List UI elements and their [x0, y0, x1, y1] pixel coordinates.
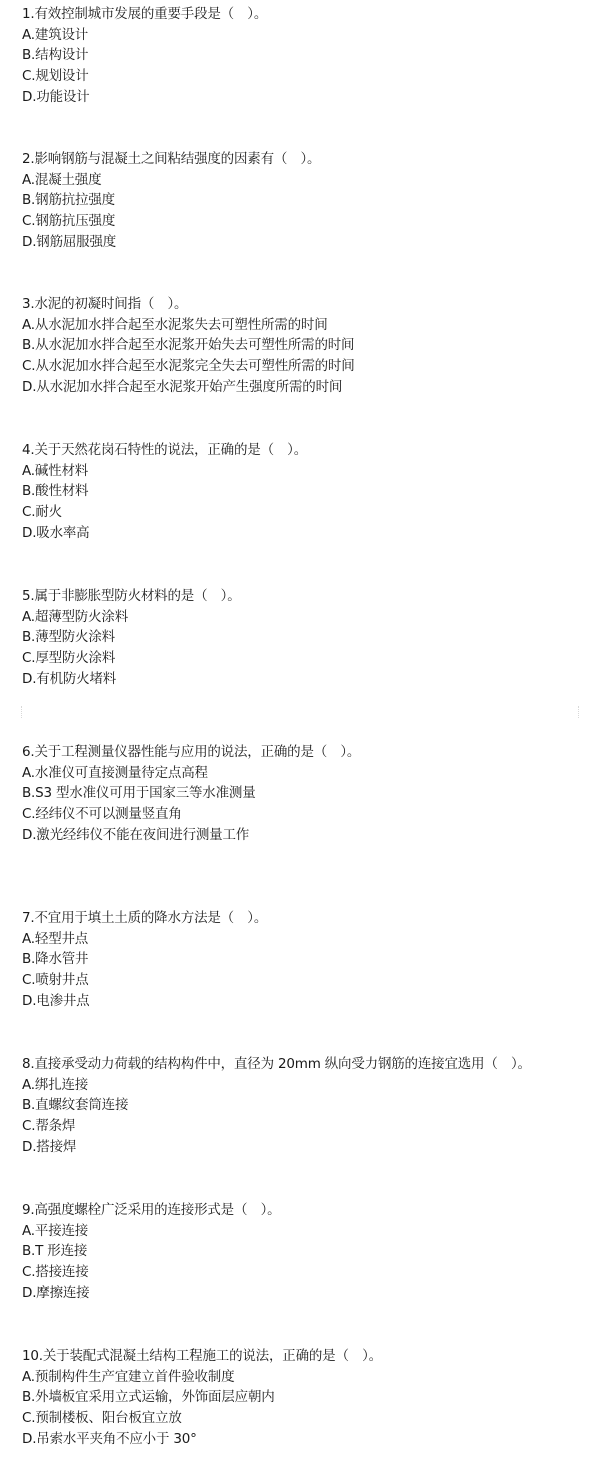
page-break-marker-left [21, 706, 24, 718]
question-stem: 5.属于非膨胀型防火材料的是（ ）。 [22, 586, 592, 607]
option-b: B.S3 型水准仪可用于国家三等水准测量 [22, 783, 592, 804]
option-c: C.耐火 [22, 502, 592, 523]
option-c: C.经纬仪不可以测量竖直角 [22, 804, 592, 825]
option-c: C.帮条焊 [22, 1116, 592, 1137]
option-a: A.超薄型防火涂料 [22, 607, 592, 628]
option-c: C.喷射井点 [22, 970, 592, 991]
option-b: B.从水泥加水拌合起至水泥浆开始失去可塑性所需的时间 [22, 335, 592, 356]
option-c: C.规划设计 [22, 66, 592, 87]
option-d: D.激光经纬仪不能在夜间进行测量工作 [22, 825, 592, 846]
option-a: A.水准仪可直接测量待定点高程 [22, 763, 592, 784]
option-d: D.搭接焊 [22, 1137, 592, 1158]
option-a: A.碱性材料 [22, 461, 592, 482]
question-stem: 8.直接承受动力荷载的结构构件中，直径为 20mm 纵向受力钢筋的连接宜选用（ … [22, 1054, 592, 1075]
question-stem: 10.关于装配式混凝土结构工程施工的说法，正确的是（ ）。 [22, 1346, 592, 1367]
question-stem: 2.影响钢筋与混凝土之间粘结强度的因素有（ ）。 [22, 149, 592, 170]
option-a: A.建筑设计 [22, 25, 592, 46]
question-6: 6.关于工程测量仪器性能与应用的说法，正确的是（ ）。 A.水准仪可直接测量待定… [22, 742, 592, 845]
question-8: 8.直接承受动力荷载的结构构件中，直径为 20mm 纵向受力钢筋的连接宜选用（ … [22, 1054, 592, 1157]
question-stem: 3.水泥的初凝时间指（ ）。 [22, 294, 592, 315]
option-d: D.吊索水平夹角不应小于 30° [22, 1429, 592, 1450]
option-a: A.从水泥加水拌合起至水泥浆失去可塑性所需的时间 [22, 315, 592, 336]
question-stem: 7.不宜用于填土土质的降水方法是（ ）。 [22, 908, 592, 929]
option-c: C.预制楼板、阳台板宜立放 [22, 1408, 592, 1429]
option-b: B.结构设计 [22, 45, 592, 66]
question-1: 1.有效控制城市发展的重要手段是（ ）。 A.建筑设计 B.结构设计 C.规划设… [22, 4, 592, 107]
option-b: B.直螺纹套筒连接 [22, 1095, 592, 1116]
option-d: D.电渗井点 [22, 991, 592, 1012]
option-d: D.有机防火堵料 [22, 669, 592, 690]
question-7: 7.不宜用于填土土质的降水方法是（ ）。 A.轻型井点 B.降水管井 C.喷射井… [22, 908, 592, 1011]
option-a: A.轻型井点 [22, 929, 592, 950]
question-4: 4.关于天然花岗石特性的说法，正确的是（ ）。 A.碱性材料 B.酸性材料 C.… [22, 440, 592, 543]
option-b: B.酸性材料 [22, 481, 592, 502]
option-d: D.从水泥加水拌合起至水泥浆开始产生强度所需的时间 [22, 377, 592, 398]
option-c: C.从水泥加水拌合起至水泥浆完全失去可塑性所需的时间 [22, 356, 592, 377]
question-5: 5.属于非膨胀型防火材料的是（ ）。 A.超薄型防火涂料 B.薄型防火涂料 C.… [22, 586, 592, 689]
question-3: 3.水泥的初凝时间指（ ）。 A.从水泥加水拌合起至水泥浆失去可塑性所需的时间 … [22, 294, 592, 397]
option-b: B.钢筋抗拉强度 [22, 190, 592, 211]
option-c: C.搭接连接 [22, 1262, 592, 1283]
option-d: D.钢筋屈服强度 [22, 232, 592, 253]
option-b: B.薄型防火涂料 [22, 627, 592, 648]
option-c: C.厚型防火涂料 [22, 648, 592, 669]
question-9: 9.高强度螺栓广泛采用的连接形式是（ ）。 A.平接连接 B.T 形连接 C.搭… [22, 1200, 592, 1303]
option-d: D.吸水率高 [22, 523, 592, 544]
option-a: A.绑扎连接 [22, 1075, 592, 1096]
page-break-marker-right [578, 706, 581, 718]
option-d: D.功能设计 [22, 87, 592, 108]
option-b: B.T 形连接 [22, 1241, 592, 1262]
question-stem: 9.高强度螺栓广泛采用的连接形式是（ ）。 [22, 1200, 592, 1221]
option-d: D.摩擦连接 [22, 1283, 592, 1304]
option-b: B.降水管井 [22, 949, 592, 970]
question-2: 2.影响钢筋与混凝土之间粘结强度的因素有（ ）。 A.混凝土强度 B.钢筋抗拉强… [22, 149, 592, 252]
option-b: B.外墙板宜采用立式运输，外饰面层应朝内 [22, 1387, 592, 1408]
option-c: C.钢筋抗压强度 [22, 211, 592, 232]
question-10: 10.关于装配式混凝土结构工程施工的说法，正确的是（ ）。 A.预制构件生产宜建… [22, 1346, 592, 1449]
option-a: A.平接连接 [22, 1221, 592, 1242]
option-a: A.混凝土强度 [22, 170, 592, 191]
question-stem: 1.有效控制城市发展的重要手段是（ ）。 [22, 4, 592, 25]
question-stem: 6.关于工程测量仪器性能与应用的说法，正确的是（ ）。 [22, 742, 592, 763]
question-stem: 4.关于天然花岗石特性的说法，正确的是（ ）。 [22, 440, 592, 461]
option-a: A.预制构件生产宜建立首件验收制度 [22, 1367, 592, 1388]
